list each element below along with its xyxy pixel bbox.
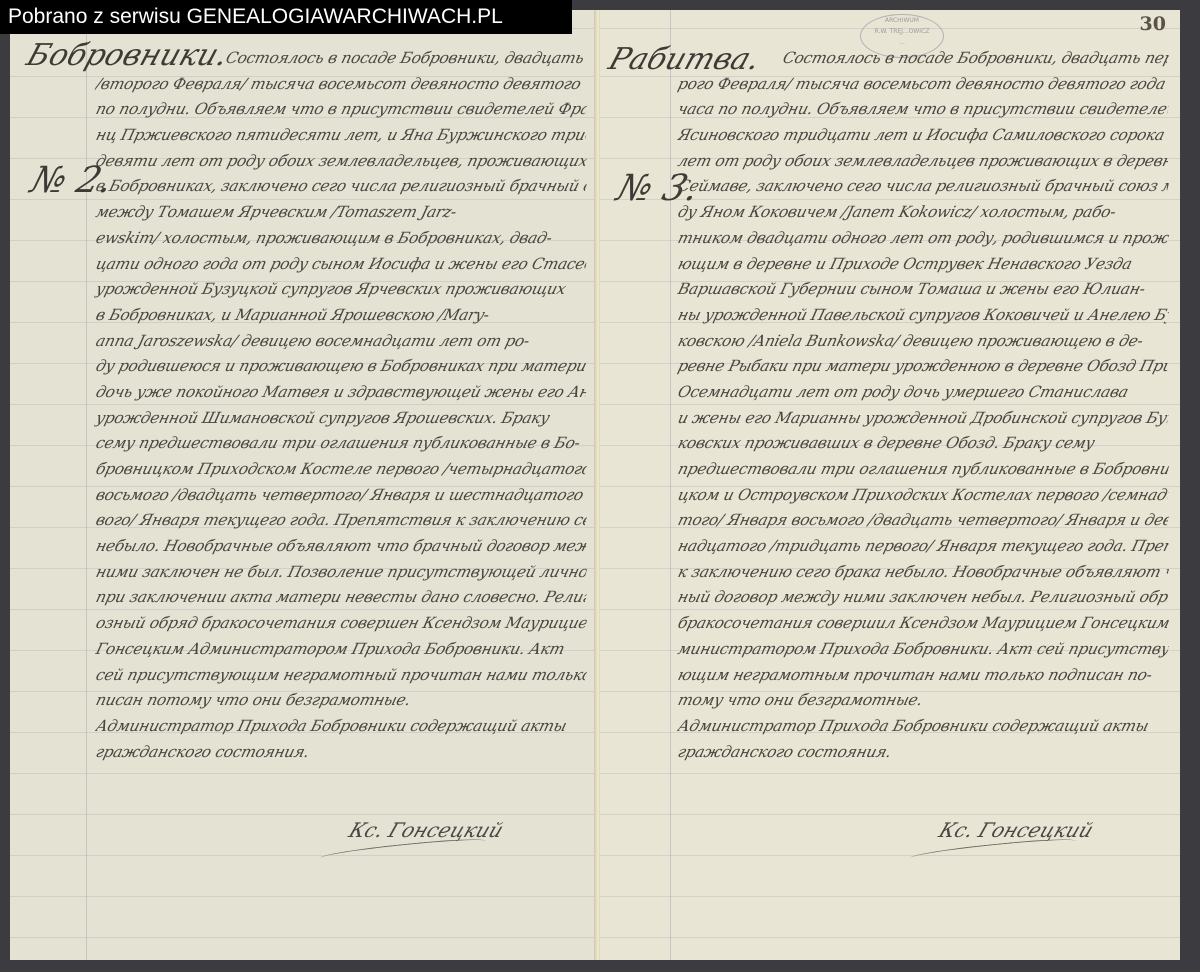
text-line: министратором Прихода Бобровники. Акт се… — [675, 637, 1171, 663]
text-line: урожденной Шимановской супругов Ярошевск… — [93, 406, 589, 432]
entry-text: Состоялось в посаде Бобровники, двадцать… — [678, 46, 1168, 765]
text-line: Ясиновского тридцати лет и Иосифа Самило… — [675, 123, 1171, 149]
text-line: Администратор Прихода Бобровники содержа… — [675, 714, 1171, 740]
text-line: между Томашем Ярчевским /Tomaszem Jarz- — [93, 200, 589, 226]
text-line: тому что они безграмотные. — [675, 688, 1171, 714]
text-line: ду родившеюся и проживающею в Бобровника… — [93, 354, 589, 380]
text-line: ковских проживавших в деревне Обозд. Бра… — [675, 431, 1171, 457]
priest-signature: Кс. Гонсецкий — [346, 818, 507, 842]
text-line: рого Февраля/ тысяча восемьсот девяносто… — [675, 72, 1171, 98]
text-line: сему предшествовали три оглашения публик… — [93, 431, 589, 457]
text-line: Администратор Прихода Бобровники содержа… — [93, 714, 589, 740]
text-line: /второго Февраля/ тысяча восемьсот девян… — [93, 72, 589, 98]
text-line: надцатого /тридцать первого/ Января теку… — [675, 534, 1171, 560]
text-line: гражданского состояния. — [675, 740, 1171, 766]
text-line: ющим неграмотным прочитан нами только по… — [675, 663, 1171, 689]
text-line: тником двадцати одного лет от роду, роди… — [675, 226, 1171, 252]
text-line: Варшавской Губернии сыном Томаша и жены … — [675, 277, 1171, 303]
text-line: цком и Остроувском Приходских Костелах п… — [675, 483, 1171, 509]
text-line: небыло. Новобрачные объявляют что брачны… — [93, 534, 589, 560]
text-line: ны урожденной Павельской супругов Кокови… — [675, 303, 1171, 329]
margin-line — [670, 10, 671, 960]
text-line: ewskim/ холостым, проживающим в Бобровни… — [93, 226, 589, 252]
text-line: anna Jaroszewska/ девицею восемнадцати л… — [93, 329, 589, 355]
text-line: сей присутствующим неграмотный прочитан … — [93, 663, 589, 689]
right-page: ARCHIWUM R.W. TRĘJ...OWICZ ... 30 Рабитв… — [600, 10, 1180, 960]
text-line: ковскою /Aniela Bunkowska/ девицею прожи… — [675, 329, 1171, 355]
text-line: бракосочетания совершил Ксендзом Маурици… — [675, 611, 1171, 637]
text-line: предшествовали три оглашения публикованн… — [675, 457, 1171, 483]
text-line: к заключению сего брака небыло. Новобрач… — [675, 560, 1171, 586]
text-line: часа по полудни. Объявляем что в присутс… — [675, 97, 1171, 123]
text-line: Сеймаве, заключено сего числа религиозны… — [675, 174, 1171, 200]
text-line: лет от роду обоих землевладельцев прожив… — [675, 149, 1171, 175]
text-line: того/ Января восьмого /двадцать четверто… — [675, 508, 1171, 534]
text-line: бровницком Приходском Костеле первого /ч… — [93, 457, 589, 483]
text-line: писан потому что они безграмотные. — [93, 688, 589, 714]
text-line: Состоялось в посаде Бобровники, двадцать… — [675, 46, 1171, 72]
stamp-line: R.W. TRĘJ...OWICZ — [861, 26, 943, 37]
priest-signature: Кс. Гонсецкий — [936, 818, 1097, 842]
text-line: и жены его Марианны урожденной Дробинско… — [675, 406, 1171, 432]
text-line: восьмого /двадцать четвертого/ Января и … — [93, 483, 589, 509]
text-line: ный договор между ними заключен небыл. Р… — [675, 585, 1171, 611]
text-line: девяти лет от роду обоих землевладельцев… — [93, 149, 589, 175]
text-line: по полудни. Объявляем что в присутствии … — [93, 97, 589, 123]
register-spread: Бобровники. № 2. Состоялось в посаде Боб… — [10, 10, 1185, 960]
text-line: ющим в деревне и Приходе Острувек Ненавс… — [675, 252, 1171, 278]
page-number: 30 — [1140, 13, 1166, 35]
text-line: дочь уже покойного Матвея и здравствующе… — [93, 380, 589, 406]
text-line: озный обряд бракосочетания совершен Ксен… — [93, 611, 589, 637]
entry-text: Состоялось в посаде Бобровники, двадцать… — [96, 46, 586, 765]
text-line: в Бобровниках, и Марианной Ярошевскою /M… — [93, 303, 589, 329]
text-line: при заключении акта матери невесты дано … — [93, 585, 589, 611]
text-line: вого/ Января текущего года. Препятствия … — [93, 508, 589, 534]
stamp-line: ARCHIWUM — [861, 15, 943, 26]
text-line: Гонсецким Администратором Прихода Бобров… — [93, 637, 589, 663]
watermark-banner: Pobrano z serwisu GENEALOGIAWARCHIWACH.P… — [0, 0, 572, 34]
text-line: ду Яном Коковичем /Janem Kokowicz/ холос… — [675, 200, 1171, 226]
text-line: ними заключен не был. Позволение присутс… — [93, 560, 589, 586]
text-line: Осемнадцати лет от роду дочь умершего Ст… — [675, 380, 1171, 406]
text-line: Состоялось в посаде Бобровники, двадцать… — [93, 46, 589, 72]
text-line: в Бобровниках, заключено сего числа рели… — [93, 174, 589, 200]
text-line: урожденной Бузуцкой супругов Ярчевских п… — [93, 277, 589, 303]
text-line: ревне Рыбаки при матери урожденною в дер… — [675, 354, 1171, 380]
margin-line — [86, 10, 87, 960]
text-line: цати одного года от роду сыном Иосифа и … — [93, 252, 589, 278]
text-line: гражданского состояния. — [93, 740, 589, 766]
text-line: нц Пржиевского пятидесяти лет, и Яна Бур… — [93, 123, 589, 149]
left-page: Бобровники. № 2. Состоялось в посаде Боб… — [10, 10, 596, 960]
